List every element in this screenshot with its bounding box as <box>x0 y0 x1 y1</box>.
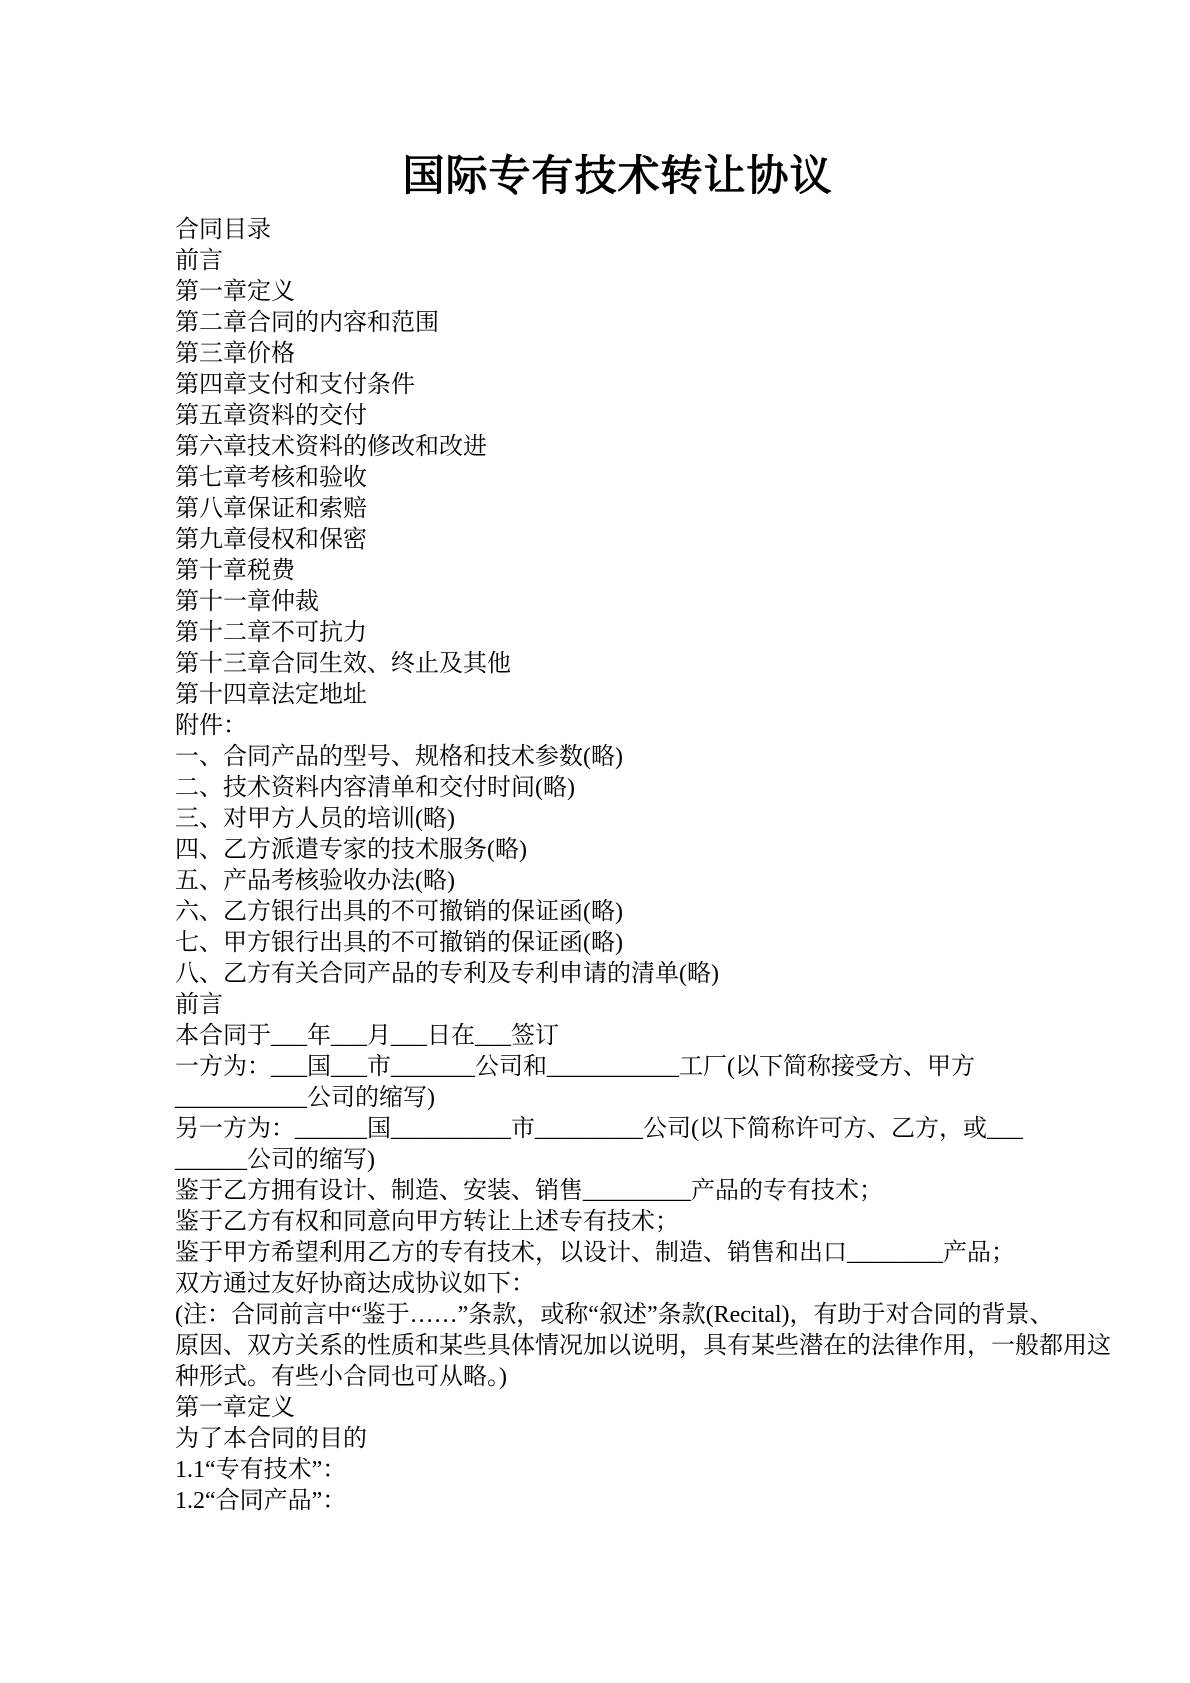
document-title: 国际专有技术转让协议 <box>175 150 1060 205</box>
document-line: 三、对甲方人员的培训(略) <box>175 804 1060 835</box>
document-line: 四、乙方派遣专家的技术服务(略) <box>175 835 1060 866</box>
document-line: 1.2“合同产品”： <box>175 1486 1060 1517</box>
document-line: 六、乙方银行出具的不可撤销的保证函(略) <box>175 897 1060 928</box>
document-line: 1.1“专有技术”： <box>175 1455 1060 1486</box>
document-line: 种形式。有些小合同也可从略。) <box>175 1362 1060 1393</box>
document-line: 第四章支付和支付条件 <box>175 370 1060 401</box>
contract-document-page: 国际专有技术转让协议 合同目录前言第一章定义第二章合同的内容和范围第三章价格第四… <box>0 0 1190 1683</box>
document-line: 合同目录 <box>175 215 1060 246</box>
document-line: 双方通过友好协商达成协议如下： <box>175 1269 1060 1300</box>
document-line: 一方为：___国___市_______公司和___________工厂(以下简称… <box>175 1052 1060 1083</box>
document-line: 第一章定义 <box>175 1393 1060 1424</box>
document-line: 本合同于___年___月___日在___签订 <box>175 1021 1060 1052</box>
document-line: 鉴于乙方拥有设计、制造、安装、销售_________产品的专有技术； <box>175 1176 1060 1207</box>
document-line: 第五章资料的交付 <box>175 401 1060 432</box>
document-line: 第三章价格 <box>175 339 1060 370</box>
document-line: 前言 <box>175 990 1060 1021</box>
document-line: 第十章税费 <box>175 556 1060 587</box>
document-line: 七、甲方银行出具的不可撤销的保证函(略) <box>175 928 1060 959</box>
document-line: 为了本合同的目的 <box>175 1424 1060 1455</box>
document-line: 八、乙方有关合同产品的专利及专利申请的清单(略) <box>175 959 1060 990</box>
document-line: ___________公司的缩写) <box>175 1083 1060 1114</box>
document-line: 一、合同产品的型号、规格和技术参数(略) <box>175 742 1060 773</box>
document-line: 第十一章仲裁 <box>175 587 1060 618</box>
document-line: 第十二章不可抗力 <box>175 618 1060 649</box>
document-line: 鉴于乙方有权和同意向甲方转让上述专有技术； <box>175 1207 1060 1238</box>
document-line: 第十三章合同生效、终止及其他 <box>175 649 1060 680</box>
document-line: 第一章定义 <box>175 277 1060 308</box>
document-line: 附件： <box>175 711 1060 742</box>
document-line: 第八章保证和索赔 <box>175 494 1060 525</box>
document-line: 鉴于甲方希望利用乙方的专有技术，以设计、制造、销售和出口________产品； <box>175 1238 1060 1269</box>
document-line: 二、技术资料内容清单和交付时间(略) <box>175 773 1060 804</box>
document-line: (注：合同前言中“鉴于……”条款，或称“叙述”条款(Recital)，有助于对合… <box>175 1300 1060 1331</box>
document-line: 第十四章法定地址 <box>175 680 1060 711</box>
document-line: 第六章技术资料的修改和改进 <box>175 432 1060 463</box>
document-line: 原因、双方关系的性质和某些具体情况加以说明，具有某些潜在的法律作用，一般都用这 <box>175 1331 1060 1362</box>
document-line: 另一方为：______国__________市_________公司(以下简称许… <box>175 1114 1060 1145</box>
document-line: 第二章合同的内容和范围 <box>175 308 1060 339</box>
document-line: ______公司的缩写) <box>175 1145 1060 1176</box>
document-body: 合同目录前言第一章定义第二章合同的内容和范围第三章价格第四章支付和支付条件第五章… <box>175 215 1060 1517</box>
document-line: 前言 <box>175 246 1060 277</box>
document-line: 第九章侵权和保密 <box>175 525 1060 556</box>
document-line: 五、产品考核验收办法(略) <box>175 866 1060 897</box>
document-line: 第七章考核和验收 <box>175 463 1060 494</box>
